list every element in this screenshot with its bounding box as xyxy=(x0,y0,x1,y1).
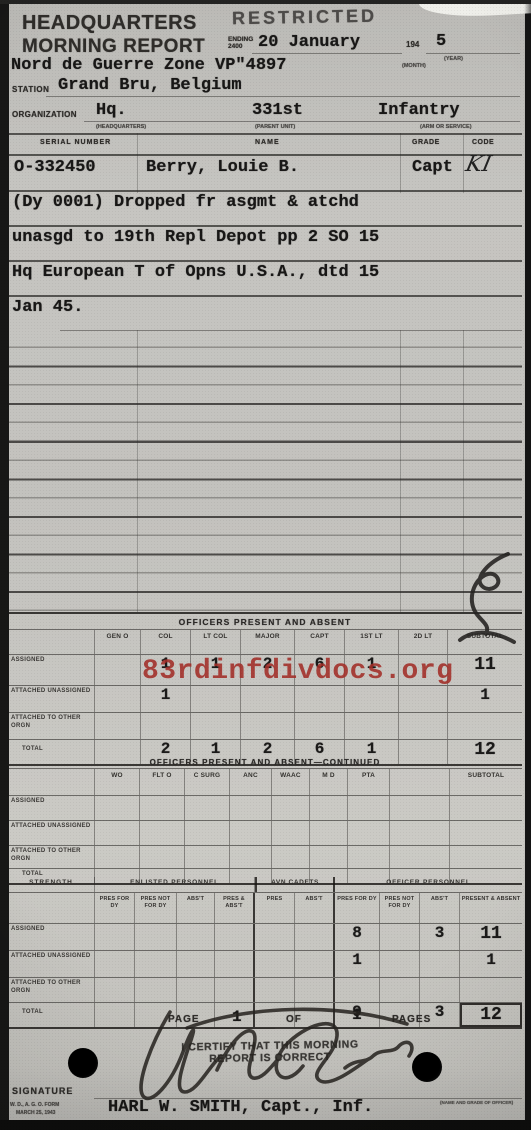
value-cell xyxy=(95,796,140,820)
value-cell xyxy=(177,924,215,950)
value-cell: 1 xyxy=(460,951,522,977)
name-caption: (NAME AND GRADE OF OFFICER) xyxy=(440,1100,520,1105)
value-cell xyxy=(215,924,255,950)
value-cell xyxy=(348,821,390,845)
officers-row-attached-unassigned: ATTACHED UNASSIGNED 1 1 xyxy=(8,686,522,713)
value-cell-boxed: 12 xyxy=(460,1003,522,1027)
row-label: ATTACHED TO OTHER ORGN xyxy=(8,713,95,739)
value-cell xyxy=(380,978,420,1002)
group-avn-cadets: AVN CADETS xyxy=(255,877,335,892)
value-cell xyxy=(272,796,310,820)
officers-row-attached-other: ATTACHED TO OTHER ORGN xyxy=(8,713,522,740)
value-cell: 3 xyxy=(420,924,460,950)
row-label: ATTACHED UNASSIGNED xyxy=(8,686,95,712)
col-major: MAJOR xyxy=(241,630,295,654)
sub-ep-pres-not-for-dy: PRES NOT FOR DY xyxy=(135,893,177,923)
value-cell xyxy=(191,713,241,739)
year-caption: (YEAR) xyxy=(444,56,463,62)
year-underline xyxy=(426,53,520,54)
col-blank xyxy=(390,769,450,795)
entry-code-handwritten: KI xyxy=(463,152,493,177)
row-label-header xyxy=(8,769,95,795)
handwritten-flourish xyxy=(430,548,525,648)
morning-report-label: MORNING REPORT xyxy=(22,36,205,58)
value-cell xyxy=(185,846,230,868)
value-cell: 1 xyxy=(141,686,191,712)
value-cell xyxy=(95,924,135,950)
value-cell xyxy=(399,713,448,739)
col-capt: CAPT xyxy=(295,630,345,654)
photo-edge-top xyxy=(0,0,531,4)
row-label: ATTACHED UNASSIGNED xyxy=(8,821,95,845)
value-cell xyxy=(345,713,399,739)
value-cell: 11 xyxy=(460,924,522,950)
sub-op-present-absent: PRESENT & ABSENT xyxy=(460,893,522,923)
value-cell xyxy=(230,796,272,820)
entry-row-rule xyxy=(8,295,522,297)
entry-col-grade: GRADE xyxy=(412,139,440,146)
row-label: ATTACHED UNASSIGNED xyxy=(8,951,95,977)
scanned-morning-report-photo: HEADQUARTERS RESTRICTED MORNING REPORT E… xyxy=(0,0,531,1130)
value-cell xyxy=(420,951,460,977)
row-label: ATTACHED TO OTHER ORGN xyxy=(8,846,95,868)
value-cell xyxy=(95,655,141,685)
value-cell xyxy=(215,978,255,1002)
value-cell xyxy=(241,686,295,712)
entry-row-rule xyxy=(8,225,522,227)
ending-label: ENDING xyxy=(228,36,253,43)
org-parent-caption: (PARENT UNIT) xyxy=(255,124,295,130)
value-cell xyxy=(191,686,241,712)
row-label-header xyxy=(8,893,95,923)
value-cell xyxy=(230,821,272,845)
sub-op-pres-not-for-dy: PRES NOT FOR DY xyxy=(380,893,420,923)
value-cell xyxy=(255,924,295,950)
row-label: ASSIGNED xyxy=(8,655,95,685)
col-1st-lt: 1ST LT xyxy=(345,630,399,654)
entry-grade: Capt xyxy=(412,158,453,177)
officers2-row-assigned: ASSIGNED xyxy=(8,796,522,821)
officers-table-continued: OFFICERS PRESENT AND ABSENT—CONTINUED WO… xyxy=(8,756,522,885)
org-parent-value: 331st xyxy=(252,101,303,120)
col-col: COL xyxy=(141,630,191,654)
row-label: ASSIGNED xyxy=(8,796,95,820)
value-cell xyxy=(177,951,215,977)
value-cell xyxy=(135,978,177,1002)
value-cell xyxy=(141,713,191,739)
value-cell xyxy=(241,713,295,739)
entry-row-rule xyxy=(8,260,522,262)
website-watermark: 83rdinfdivdocs.org xyxy=(142,656,453,687)
entry-table-top-rule xyxy=(8,133,522,135)
value-cell: 8 xyxy=(335,924,380,950)
value-cell xyxy=(295,978,335,1002)
value-cell xyxy=(95,951,135,977)
station-underline xyxy=(46,96,520,97)
value-cell xyxy=(460,978,522,1002)
station-label: STATION xyxy=(12,85,49,94)
value-cell xyxy=(448,713,522,739)
col-wo: WO xyxy=(95,769,140,795)
value-cell xyxy=(390,846,450,868)
form-print-line-2: MARCH 25, 1943 xyxy=(16,1110,55,1116)
col-m-d: M D xyxy=(310,769,348,795)
value-cell: 11 xyxy=(448,655,522,685)
value-cell xyxy=(215,951,255,977)
org-unit-caption: (HEADQUARTERS) xyxy=(96,124,146,130)
remark-line-3: Hq European T of Opns U.S.A., dtd 15 xyxy=(12,263,379,282)
station-value: Grand Bru, Belgium xyxy=(58,76,242,95)
org-arm-value: Infantry xyxy=(378,101,460,120)
value-cell xyxy=(450,846,522,868)
officers2-row-attached-other: ATTACHED TO OTHER ORGN xyxy=(8,846,522,869)
value-cell xyxy=(95,713,141,739)
col-c-surg: C SURG xyxy=(185,769,230,795)
remark-line-2: unasgd to 19th Repl Depot pp 2 SO 15 xyxy=(12,228,379,247)
year-value: 5 xyxy=(436,32,446,51)
remark-line-4: Jan 45. xyxy=(12,298,83,317)
entry-name: Berry, Louie B. xyxy=(146,158,299,177)
value-cell xyxy=(380,951,420,977)
entry-col-divider xyxy=(137,133,138,193)
group-enlisted-personnel: ENLISTED PERSONNEL xyxy=(95,877,255,892)
col-subtotal: SUBTOTAL xyxy=(450,769,522,795)
value-cell xyxy=(140,796,185,820)
value-cell xyxy=(390,796,450,820)
col-waac: WAAC xyxy=(272,769,310,795)
sub-ac-pres: PRES xyxy=(255,893,295,923)
value-cell xyxy=(295,951,335,977)
value-cell xyxy=(295,924,335,950)
row-label: TOTAL xyxy=(8,1003,95,1027)
photo-edge-bottom xyxy=(0,1120,531,1130)
sub-ep-pres-for-dy: PRES FOR DY xyxy=(95,893,135,923)
entry-col-divider xyxy=(400,133,401,193)
value-cell xyxy=(95,846,140,868)
entry-row-rule xyxy=(8,190,522,192)
photo-edge-left xyxy=(0,0,9,1130)
report-date-value: 20 January xyxy=(258,33,360,52)
value-cell xyxy=(348,846,390,868)
strength-row-attached-unassigned: ATTACHED UNASSIGNED 1 1 xyxy=(8,951,522,978)
sub-op-abst: ABS'T xyxy=(420,893,460,923)
value-cell xyxy=(335,978,380,1002)
value-cell xyxy=(135,924,177,950)
col-lt-col: LT COL xyxy=(191,630,241,654)
value-cell xyxy=(255,951,295,977)
value-cell xyxy=(185,796,230,820)
entry-header-bottom-rule xyxy=(8,154,522,156)
value-cell xyxy=(95,686,141,712)
col-anc: ANC xyxy=(230,769,272,795)
month-caption: (MONTH) xyxy=(402,63,426,69)
sub-ep-pres-abst: PRES & ABS'T xyxy=(215,893,255,923)
entry-col-serial: SERIAL NUMBER xyxy=(40,139,111,146)
sub-ac-abst: ABS'T xyxy=(295,893,335,923)
value-cell: 1 xyxy=(335,951,380,977)
row-label: ASSIGNED xyxy=(8,924,95,950)
strength-row-assigned: ASSIGNED 8 3 11 xyxy=(8,924,522,951)
officers2-row-attached-unassigned: ATTACHED UNASSIGNED xyxy=(8,821,522,846)
blank-col-divider xyxy=(137,330,138,612)
value-cell xyxy=(295,713,345,739)
photo-edge-right xyxy=(524,0,531,1130)
zone-line: Nord de Guerre Zone VP"4897 xyxy=(11,56,286,75)
value-cell xyxy=(380,924,420,950)
value-cell xyxy=(255,978,295,1002)
entry-col-code: CODE xyxy=(472,139,494,146)
group-officer-personnel: OFFICER PERSONNEL xyxy=(335,877,522,892)
value-cell xyxy=(310,846,348,868)
entry-col-name: NAME xyxy=(255,139,280,146)
value-cell xyxy=(185,821,230,845)
punch-hole-left xyxy=(68,1048,98,1078)
value-cell xyxy=(272,846,310,868)
handwritten-signature xyxy=(125,1000,425,1115)
date-underline xyxy=(252,53,402,54)
officers-continued-title: OFFICERS PRESENT AND ABSENT—CONTINUED xyxy=(8,756,522,768)
value-cell xyxy=(295,686,345,712)
value-cell xyxy=(177,978,215,1002)
ending-time: 2400 xyxy=(228,43,242,50)
value-cell xyxy=(230,846,272,868)
col-pta: PTA xyxy=(348,769,390,795)
org-arm-caption: (ARM OR SERVICE) xyxy=(420,124,472,130)
value-cell xyxy=(348,796,390,820)
value-cell xyxy=(390,821,450,845)
col-flt-o: FLT O xyxy=(140,769,185,795)
row-label-header xyxy=(8,630,95,654)
value-cell xyxy=(345,686,399,712)
organization-underline xyxy=(84,121,520,122)
entry-col-divider xyxy=(463,133,464,193)
sub-ep-abst: ABS'T xyxy=(177,893,215,923)
sub-op-pres-for-dy: PRES FOR DY xyxy=(335,893,380,923)
value-cell xyxy=(135,951,177,977)
org-unit-value: Hq. xyxy=(96,101,127,120)
value-cell xyxy=(420,978,460,1002)
col-gen-o: GEN O xyxy=(95,630,141,654)
value-cell xyxy=(310,821,348,845)
value-cell: 1 xyxy=(448,686,522,712)
restricted-stamp: RESTRICTED xyxy=(232,6,377,30)
value-cell xyxy=(272,821,310,845)
form-print-line-1: W. D., A. G. O. FORM xyxy=(10,1102,59,1108)
value-cell xyxy=(310,796,348,820)
remark-line-1: (Dy 0001) Dropped fr asgmt & atchd xyxy=(12,193,359,212)
value-cell xyxy=(140,846,185,868)
value-cell xyxy=(450,821,522,845)
value-cell xyxy=(140,821,185,845)
value-cell xyxy=(450,796,522,820)
value-cell xyxy=(95,978,135,1002)
year-prefix: 194 xyxy=(406,40,419,49)
value-cell xyxy=(399,686,448,712)
row-label: ATTACHED TO OTHER ORGN xyxy=(8,978,95,1002)
organization-label: ORGANIZATION xyxy=(12,110,77,119)
headquarters-label: HEADQUARTERS xyxy=(22,12,197,35)
blank-col-divider xyxy=(400,330,401,612)
signature-label: SIGNATURE xyxy=(12,1086,73,1096)
value-cell xyxy=(95,821,140,845)
entry-serial-number: O-332450 xyxy=(14,158,96,177)
strength-corner-label: STRENGTH xyxy=(8,877,95,892)
